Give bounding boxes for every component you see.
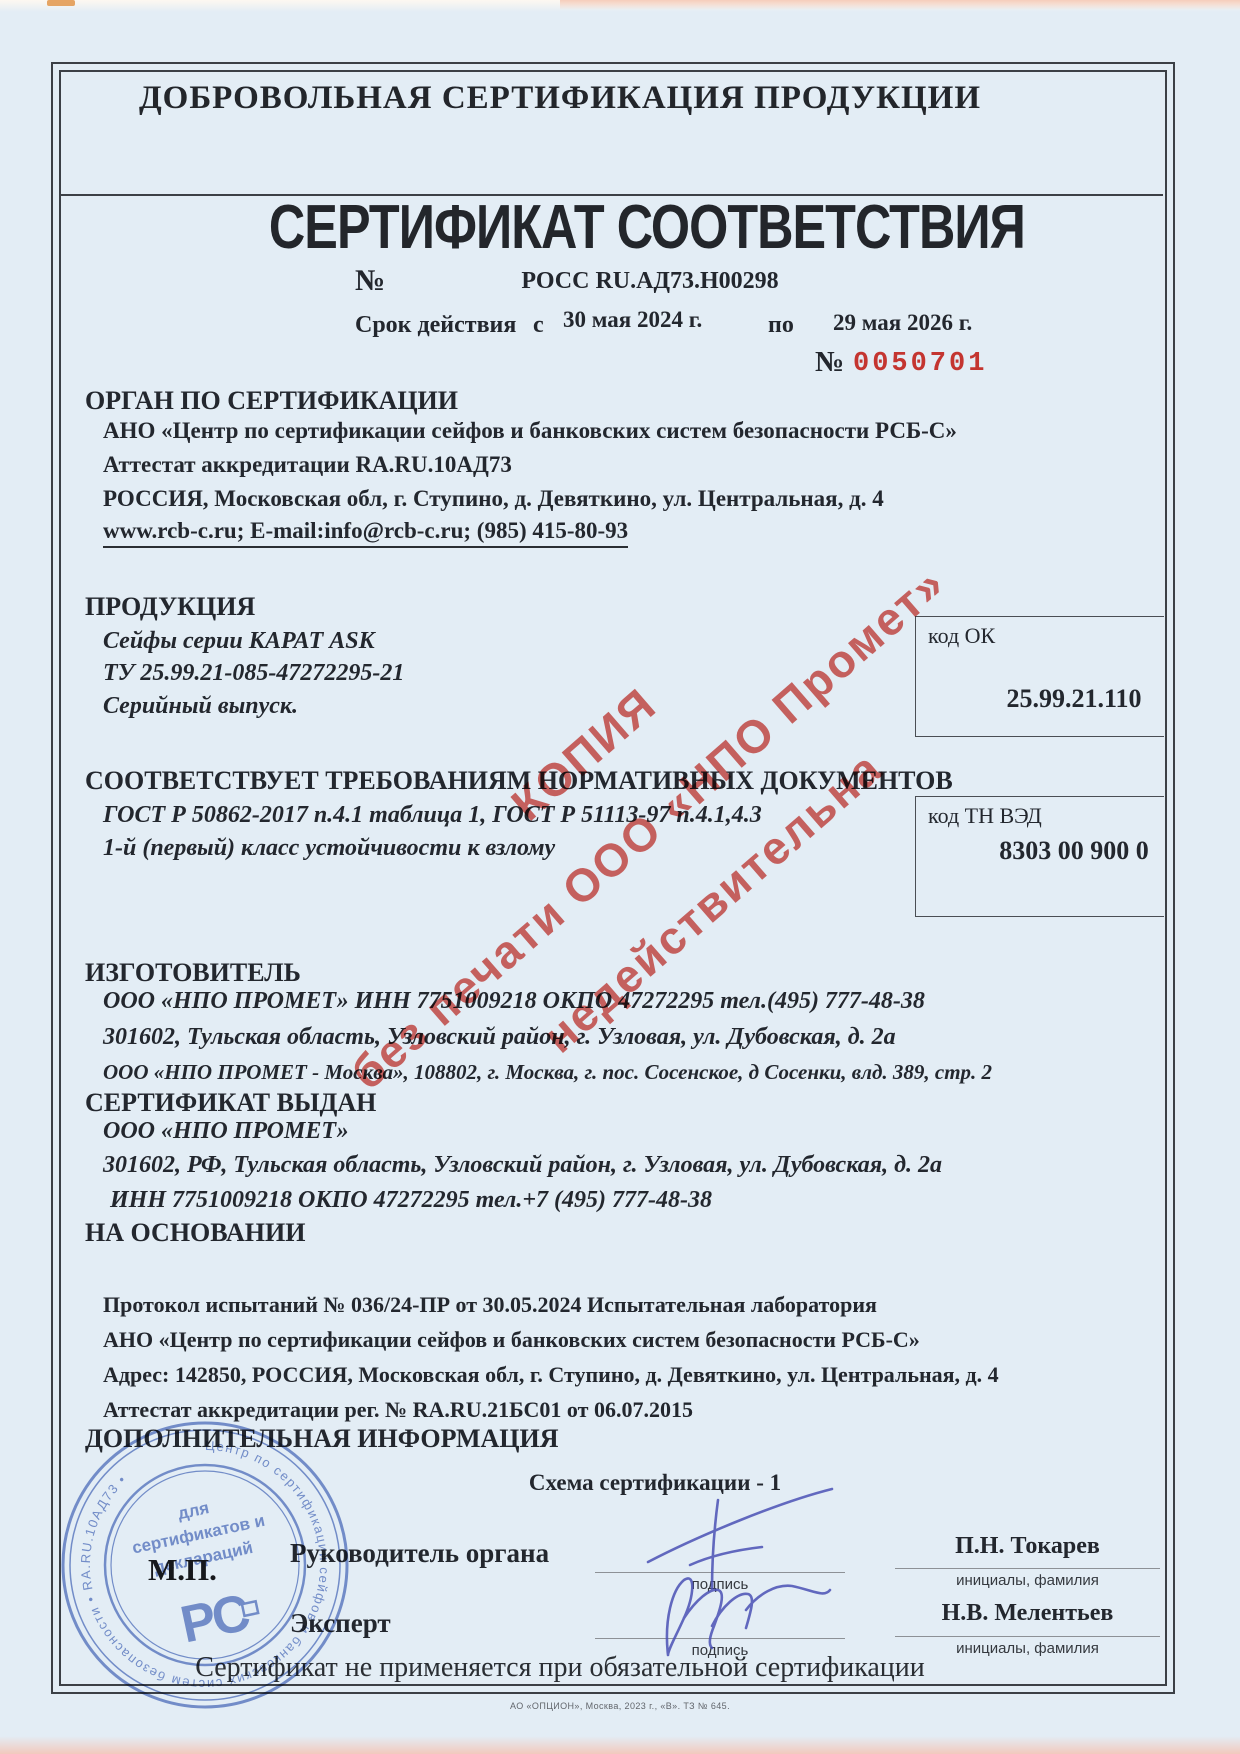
issued-to-line1: ООО «НПО ПРОМЕТ» [103,1118,349,1145]
code-ok-value: 25.99.21.110 [985,684,1163,714]
certification-body-heading: ОРГАН ПО СЕРТИФИКАЦИИ [85,386,458,416]
blank-number: 0050701 [853,349,987,379]
validity-from-label: с [533,312,544,339]
certification-body-address: РОССИЯ, Московская обл, г. Ступино, д. Д… [103,486,884,512]
issued-to-line2: 301602, РФ, Тульская область, Узловский … [103,1152,942,1179]
code-tnved-value: 8303 00 900 0 [985,836,1163,866]
validity-to-date: 29 мая 2026 г. [833,310,972,336]
printer-imprint: АО «ОПЦИОН», Москва, 2023 г., «В». ТЗ № … [270,1701,970,1711]
compliance-standards: ГОСТ Р 50862-2017 п.4.1 таблица 1, ГОСТ … [103,802,762,829]
blank-number-label: № [815,346,844,379]
scan-edge-top-pink [560,0,1240,10]
product-name: Сейфы серии КАРАТ ASK [103,628,375,655]
certificate-scan-page: { "certificate": { "program_title": "ДОБ… [0,0,1240,1754]
head-name-line [895,1568,1160,1569]
product-tu: ТУ 25.99.21-085-47272295-21 [103,660,404,687]
basis-line2: АНО «Центр по сертификации сейфов и банк… [103,1327,920,1353]
basis-line1: Протокол испытаний № 036/24-ПР от 30.05.… [103,1292,877,1318]
expert-name-line [895,1636,1160,1637]
scan-artifact [47,0,75,6]
validity-from-date: 30 мая 2024 г. [563,307,702,333]
scan-edge-bottom [0,1736,1240,1754]
product-heading: ПРОДУКЦИЯ [85,592,255,622]
certificate-title: СЕРТИФИКАТ СООТВЕТСТВИЯ [247,197,1047,258]
manufacturer-line3: ООО «НПО ПРОМЕТ - Москва», 108802, г. Мо… [103,1060,992,1085]
certification-body-accreditation: Аттестат аккредитации RA.RU.10АД73 [103,452,512,478]
reg-number-label: № [355,264,385,298]
manufacturer-heading: ИЗГОТОВИТЕЛЬ [85,958,301,988]
head-name-caption: инициалы, фамилия [895,1572,1160,1589]
reg-number: РОСС RU.АД73.Н00298 [450,268,850,295]
validity-to-label: по [768,312,794,339]
issued-to-line3: ИНН 7751009218 ОКПО 47272295 тел.+7 (495… [110,1187,712,1214]
stamp-place-mark: М.П. [148,1552,217,1588]
compliance-heading: СООТВЕТСТВУЕТ ТРЕБОВАНИЯМ НОРМАТИВНЫХ ДО… [85,766,953,796]
manufacturer-line1: ООО «НПО ПРОМЕТ» ИНН 7751009218 ОКПО 472… [103,988,925,1015]
compliance-class: 1-й (первый) класс устойчивости к взлому [103,835,555,862]
certification-body-name: АНО «Центр по сертификации сейфов и банк… [103,418,957,444]
head-name: П.Н. Токарев [895,1533,1160,1560]
program-title: ДОБРОВОЛЬНАЯ СЕРТИФИКАЦИЯ ПРОДУКЦИИ [80,80,1040,117]
code-ok-label: код ОК [928,623,995,649]
code-tnved-label: код ТН ВЭД [928,803,1042,829]
product-issue-type: Серийный выпуск. [103,693,298,720]
expert-signature-stroke [667,1578,692,1655]
certification-body-contacts: www.rcb-c.ru; E-mail:info@rcb-c.ru; (985… [103,518,628,548]
issued-to-heading: СЕРТИФИКАТ ВЫДАН [85,1088,376,1118]
stamp-center-line1: для [176,1498,211,1523]
basis-heading: НА ОСНОВАНИИ [85,1218,305,1248]
expert-name: Н.В. Мелентьев [895,1600,1160,1627]
stamp-monogram: РС [176,1584,255,1655]
basis-line3: Адрес: 142850, РОССИЯ, Московская обл, г… [103,1362,999,1388]
manufacturer-line2: 301602, Тульская область, Узловский райо… [103,1024,896,1051]
handwritten-signatures [580,1460,880,1670]
validity-label: Срок действия [355,312,516,339]
